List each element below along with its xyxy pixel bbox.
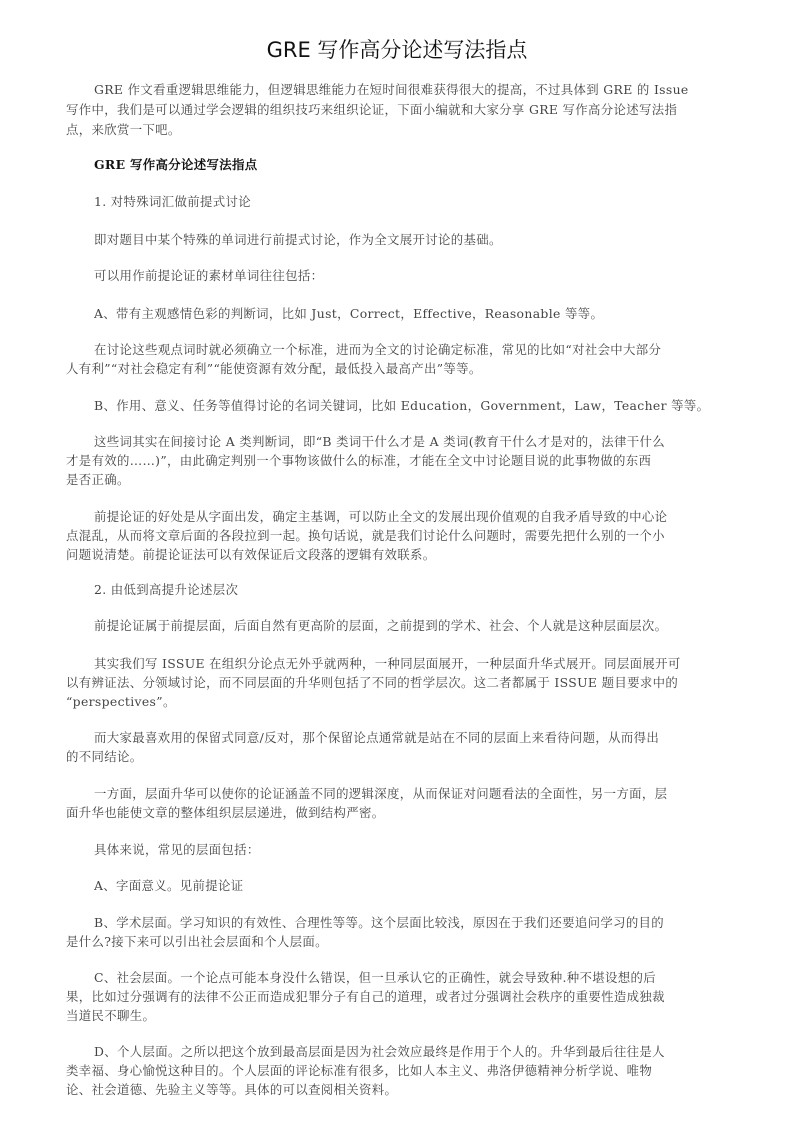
paragraph-line: 论、社会道德、先验主义等等。具体的可以查阅相关资料。 [66, 1080, 730, 1098]
paragraph-line: 面升华也能使文章的整体组织层层递进，做到结构严密。 [66, 803, 730, 821]
paragraph-line: B、作用、意义、任务等值得讨论的名词关键词，比如 Education，Gover… [94, 396, 758, 414]
paragraph-line: 果，比如过分强调有的法律不公正而造成犯罪分子有自己的道理，或者过分强调社会秩序的… [66, 987, 730, 1005]
paragraph-line: 点混乱，从而将文章后面的各段拉到一起。换句话说，就是我们讨论什么问题时，需要先把… [66, 526, 730, 544]
paragraph-line: 是什么?接下来可以引出社会层面和个人层面。 [66, 932, 730, 950]
paragraph-line: 点，来欣赏一下吧。 [66, 120, 730, 138]
paragraph-line: “perspectives”。 [66, 692, 730, 710]
page-title: GRE 写作高分论述写法指点 [0, 34, 794, 64]
paragraph-line: 当道民不聊生。 [66, 1006, 730, 1024]
paragraph-line: 而大家最喜欢用的保留式同意/反对，那个保留论点通常就是站在不同的层面上来看待问题… [94, 728, 758, 746]
paragraph-line: 类幸福、身心愉悦这种目的。个人层面的评论标准有很多，比如人本主义、弗洛伊德精神分… [66, 1061, 730, 1079]
paragraph-line: 这些词其实在间接讨论 A 类判断词，即“B 类词干什么才是 A 类词(教育干什么… [94, 432, 758, 450]
paragraph-line: B、学术层面。学习知识的有效性、合理性等等。这个层面比较浅，原因在于我们还要追问… [94, 913, 758, 931]
paragraph-line: 是否正确。 [66, 470, 730, 488]
paragraph-line: C、社会层面。一个论点可能本身没什么错误，但一旦承认它的正确性，就会导致种.种不… [94, 968, 758, 986]
paragraph-line: 即对题目中某个特殊的单词进行前提式讨论，作为全文展开讨论的基础。 [94, 230, 758, 248]
paragraph-line: 具体来说，常见的层面包括： [94, 840, 758, 858]
paragraph-line: A、带有主观感情色彩的判断词，比如 Just，Correct，Effective… [94, 304, 758, 322]
paragraph-line: 问题说清楚。前提论证法可以有效保证后文段落的逻辑有效联系。 [66, 545, 730, 563]
paragraph-line: 写作中，我们是可以通过学会逻辑的组织技巧来组织论证，下面小编就和大家分享 GRE… [66, 100, 730, 118]
paragraph-line: 2. 由低到高提升论述层次 [94, 580, 758, 598]
paragraph-line: GRE 作文看重逻辑思维能力，但逻辑思维能力在短时间很难获得很大的提高，不过具体… [94, 80, 758, 98]
paragraph-line: 在讨论这些观点词时就必须确立一个标准，进而为全文的讨论确定标准，常见的比如“对社… [94, 340, 758, 358]
paragraph-line: 以有辨证法、分领域讨论，而不同层面的升华则包括了不同的哲学层次。这二者都属于 I… [66, 673, 730, 691]
paragraph-line: 一方面，层面升华可以使你的论证涵盖不同的逻辑深度，从而保证对问题看法的全面性，另… [94, 784, 758, 802]
paragraph-line: 1. 对特殊词汇做前提式讨论 [94, 192, 758, 210]
paragraph-line: 的不同结论。 [66, 747, 730, 765]
paragraph-line: 前提论证属于前提层面，后面自然有更高阶的层面，之前提到的学术、社会、个人就是这种… [94, 616, 758, 634]
section-heading: GRE 写作高分论述写法指点 [94, 155, 758, 173]
paragraph-line: A、字面意义。见前提论证 [94, 876, 758, 894]
paragraph-line: 人有利”“对社会稳定有利”“能使资源有效分配，最低投入最高产出”等等。 [66, 359, 730, 377]
paragraph-line: 可以用作前提论证的素材单词往往包括： [94, 266, 758, 284]
paragraph-line: 才是有效的……)”，由此确定判别一个事物该做什么的标准，才能在全文中讨论题目说的… [66, 451, 730, 469]
paragraph-line: 前提论证的好处是从字面出发，确定主基调，可以防止全文的发展出现价值观的自我矛盾导… [94, 507, 758, 525]
paragraph-line: D、个人层面。之所以把这个放到最高层面是因为社会效应最终是作用于个人的。升华到最… [94, 1042, 758, 1060]
paragraph-line: 其实我们写 ISSUE 在组织分论点无外乎就两种，一种同层面展开，一种层面升华式… [94, 654, 758, 672]
